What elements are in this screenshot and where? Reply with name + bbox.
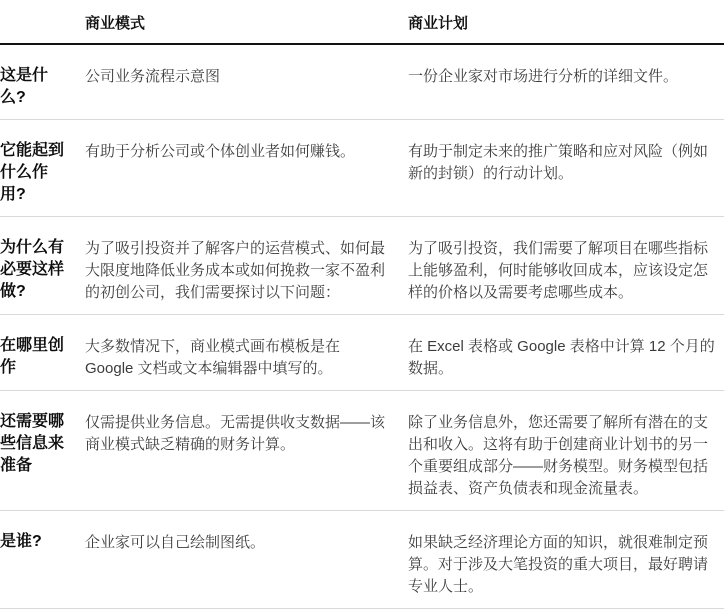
column-header-blank (0, 0, 85, 44)
row-question-label: 它能起到什么作用? (0, 120, 85, 217)
business-plan-cell: 为了吸引投资，我们需要了解项目在哪些指标上能够盈利，何时能够收回成本，应该设定怎… (408, 217, 724, 315)
comparison-table: 商业模式 商业计划 这是什么? 公司业务流程示意图 一份企业家对市场进行分析的详… (0, 0, 724, 609)
business-plan-cell: 除了业务信息外，您还需要了解所有潜在的支出和收入。这将有助于创建商业计划书的另一… (408, 391, 724, 511)
table-row: 还需要哪些信息来准备 仅需提供业务信息。无需提供收支数据——该商业模式缺乏精确的… (0, 391, 724, 511)
row-question-label: 是谁? (0, 511, 85, 609)
table-row: 它能起到什么作用? 有助于分析公司或个体创业者如何赚钱。 有助于制定未来的推广策… (0, 120, 724, 217)
business-model-cell: 为了吸引投资并了解客户的运营模式、如何最大限度地降低业务成本或如何挽救一家不盈利… (85, 217, 408, 315)
business-model-cell: 有助于分析公司或个体创业者如何赚钱。 (85, 120, 408, 217)
row-question-label: 为什么有必要这样做? (0, 217, 85, 315)
table-row: 这是什么? 公司业务流程示意图 一份企业家对市场进行分析的详细文件。 (0, 44, 724, 120)
column-header-business-model: 商业模式 (85, 0, 408, 44)
business-plan-cell: 在 Excel 表格或 Google 表格中计算 12 个月的数据。 (408, 315, 724, 391)
comparison-page: 商业模式 商业计划 这是什么? 公司业务流程示意图 一份企业家对市场进行分析的详… (0, 0, 724, 611)
table-header-row: 商业模式 商业计划 (0, 0, 724, 44)
business-model-cell: 公司业务流程示意图 (85, 44, 408, 120)
row-question-label: 在哪里创作 (0, 315, 85, 391)
table-row: 是谁? 企业家可以自己绘制图纸。 如果缺乏经济理论方面的知识，就很难制定预算。对… (0, 511, 724, 609)
table-row: 为什么有必要这样做? 为了吸引投资并了解客户的运营模式、如何最大限度地降低业务成… (0, 217, 724, 315)
business-model-cell: 仅需提供业务信息。无需提供收支数据——该商业模式缺乏精确的财务计算。 (85, 391, 408, 511)
business-plan-cell: 如果缺乏经济理论方面的知识，就很难制定预算。对于涉及大笔投资的重大项目，最好聘请… (408, 511, 724, 609)
business-plan-cell: 一份企业家对市场进行分析的详细文件。 (408, 44, 724, 120)
business-model-cell: 大多数情况下，商业模式画布模板是在 Google 文档或文本编辑器中填写的。 (85, 315, 408, 391)
row-question-label: 还需要哪些信息来准备 (0, 391, 85, 511)
business-model-cell: 企业家可以自己绘制图纸。 (85, 511, 408, 609)
row-question-label: 这是什么? (0, 44, 85, 120)
table-row: 在哪里创作 大多数情况下，商业模式画布模板是在 Google 文档或文本编辑器中… (0, 315, 724, 391)
column-header-business-plan: 商业计划 (408, 0, 724, 44)
business-plan-cell: 有助于制定未来的推广策略和应对风险（例如新的封锁）的行动计划。 (408, 120, 724, 217)
